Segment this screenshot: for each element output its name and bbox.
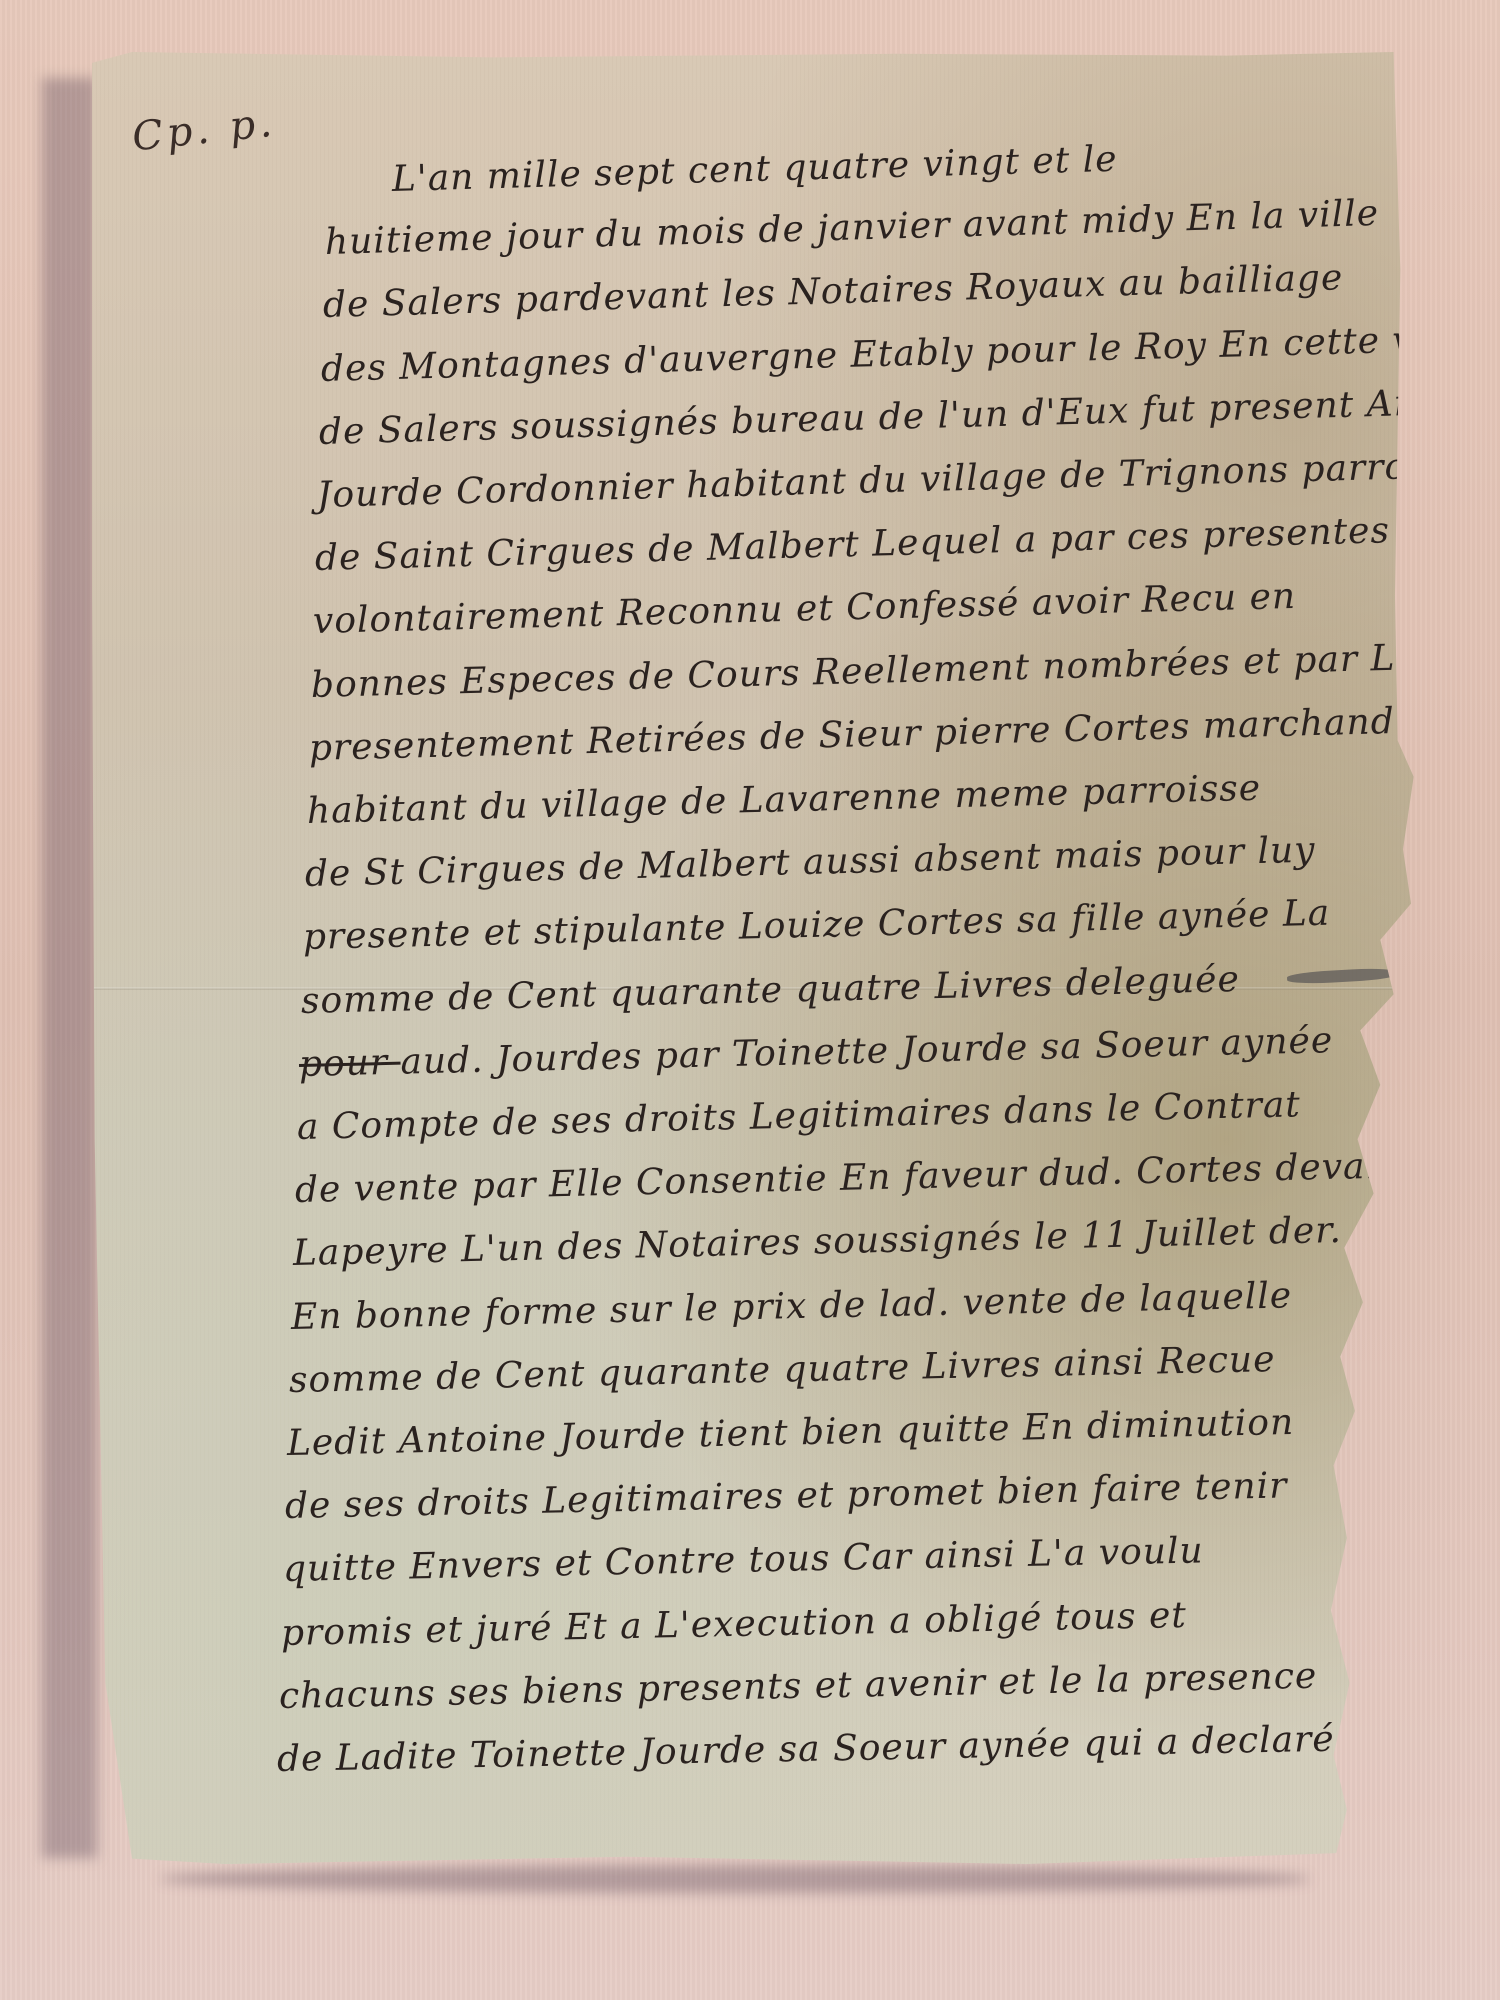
manuscript-page: Cp. p. L'an mille sept cent quatre vingt… xyxy=(92,52,1427,1864)
manuscript-line-5: de Salers soussignés bureau de l'un d'Eu… xyxy=(319,383,1500,451)
ink-stain-mark xyxy=(1287,967,1397,985)
paper-shadow-bottom xyxy=(160,1865,1310,1893)
manuscript-line-26: de Ladite Toinette Jourde sa Soeur aynée… xyxy=(277,1722,1335,1778)
manuscript-line-2: huitieme jour du mois de janvier avant m… xyxy=(325,196,1380,261)
manuscript-line-17: de vente par Elle Consentie En faveur du… xyxy=(295,1148,1406,1209)
manuscript-line-9: bonnes Especes de Cours Reellement nombr… xyxy=(311,639,1442,703)
manuscript-line-19: En bonne forme sur le prix de lad. vente… xyxy=(291,1278,1293,1336)
manuscript-line-20: somme de Cent quarante quatre Livres ain… xyxy=(289,1342,1276,1399)
manuscript-line-15: pour aud. Jourdes par Toinette Jourde sa… xyxy=(299,1023,1334,1083)
manuscript-line-24: promis et juré Et a L'execution a obligé… xyxy=(281,1598,1187,1652)
manuscript-line-23: quitte Envers et Contre tous Car ainsi L… xyxy=(283,1534,1204,1589)
manuscript-line-10: presentement Retirées de Sieur pierre Co… xyxy=(309,704,1396,767)
manuscript-line-16: a Compte de ses droits Legitimaires dans… xyxy=(297,1087,1302,1146)
manuscript-line-1: L'an mille sept cent quatre vingt et le xyxy=(391,142,1117,198)
manuscript-line-25: chacuns ses biens presents et avenir et … xyxy=(279,1659,1318,1715)
manuscript-line-13: presente et stipulante Louize Cortes sa … xyxy=(303,896,1331,956)
manuscript-line-8: volontairement Reconnu et Confessé avoir… xyxy=(313,579,1297,640)
paper-shadow-left xyxy=(42,78,97,1858)
manuscript-line-7: de Saint Cirgues de Malbert Lequel a par… xyxy=(315,513,1391,577)
manuscript-line-12: de St Cirgues de Malbert aussi absent ma… xyxy=(305,833,1316,893)
manuscript-line-4: des Montagnes d'auvergne Etably pour le … xyxy=(321,321,1475,388)
manuscript-line-11: habitant du village de Lavarenne meme pa… xyxy=(307,771,1262,830)
manuscript-line-14: somme de Cent quarante quatre Livres del… xyxy=(301,962,1241,1020)
manuscript-line-3: de Salers pardevant les Notaires Royaux … xyxy=(323,261,1344,325)
manuscript-line-22: de ses droits Legitimaires et promet bie… xyxy=(285,1469,1288,1526)
struck-word: pour xyxy=(299,1041,401,1084)
manuscript-line-6: Jourde Cordonnier habitant du village de… xyxy=(317,448,1482,514)
margin-annotation: Cp. p. xyxy=(130,100,278,161)
manuscript-line-18: Lapeyre L'un des Notaires soussignés le … xyxy=(293,1213,1343,1272)
manuscript-line-21: Ledit Antoine Jourde tient bien quitte E… xyxy=(287,1405,1295,1462)
